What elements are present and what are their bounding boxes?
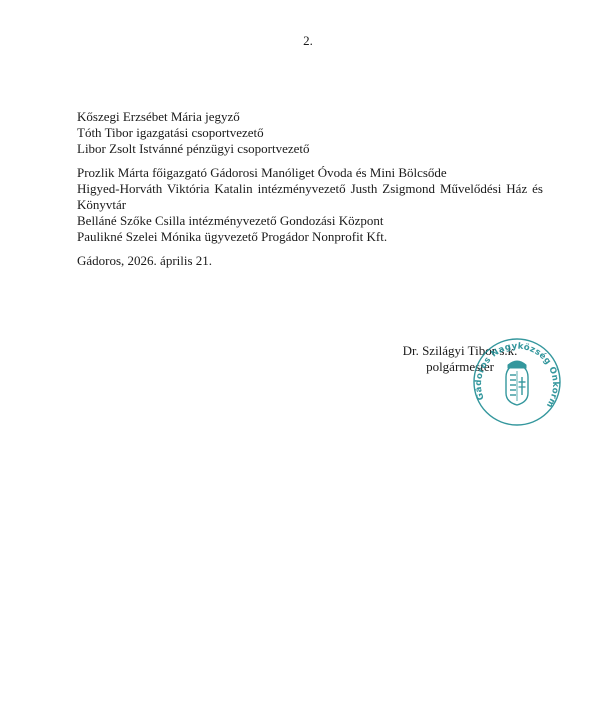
page-number: 2. (0, 33, 616, 49)
recipients-officials: Kőszegi Erzsébet Mária jegyző Tóth Tibor… (77, 109, 543, 157)
recipient-line: Libor Zsolt Istvánné pénzügyi csoportvez… (77, 141, 543, 157)
signatory-name: Dr. Szilágyi Tibor s.k. (400, 343, 520, 359)
recipient-line: Kőszegi Erzsébet Mária jegyző (77, 109, 543, 125)
recipient-line: Belláné Szőke Csilla intézményvezető Gon… (77, 213, 543, 229)
recipient-line: Higyed-Horváth Viktória Katalin intézmén… (77, 181, 543, 197)
signatory-title: polgármester (400, 359, 520, 375)
place-and-date: Gádoros, 2026. április 21. (77, 253, 543, 269)
recipient-line: Prozlik Márta főigazgató Gádorosi Manóli… (77, 165, 543, 181)
recipients-institutions: Prozlik Márta főigazgató Gádorosi Manóli… (77, 165, 543, 245)
recipient-line: Tóth Tibor igazgatási csoportvezető (77, 125, 543, 141)
date-line: Gádoros, 2026. április 21. (77, 253, 543, 269)
recipient-line: Paulikné Szelei Mónika ügyvezető Progádo… (77, 229, 543, 245)
signature-block: Dr. Szilágyi Tibor s.k. polgármester (400, 343, 520, 375)
recipient-line: Könyvtár (77, 197, 543, 213)
